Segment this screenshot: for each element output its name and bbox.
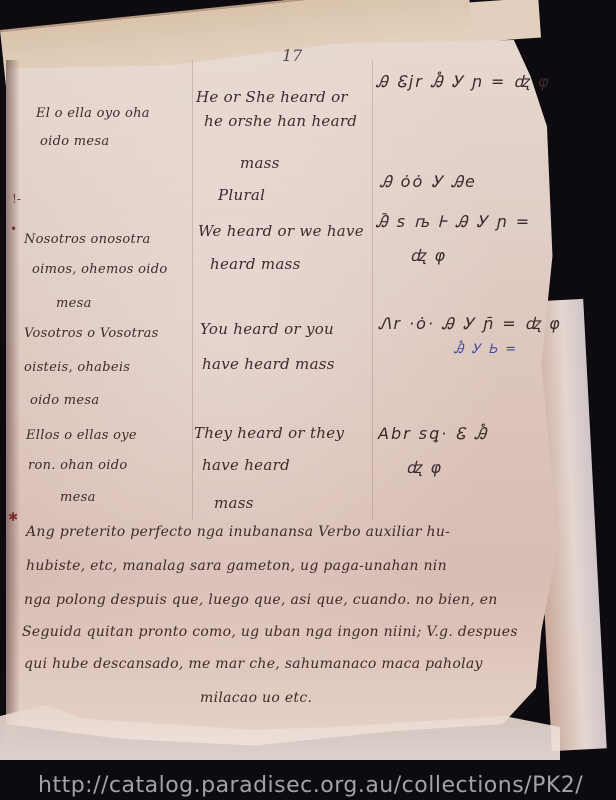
script-line: Ꭿ ȯȯ Ꭹ Ꭿe [380,172,477,192]
english-line: He or She heard or [196,88,348,106]
collection-url-watermark: http://catalog.paradisec.org.au/collecti… [38,773,583,798]
paragraph-line: hubiste, etc, manalag sara gameton, ug p… [26,558,447,574]
spanish-line: oimos, ohemos oido [32,262,167,277]
margin-mark: ✱ [8,510,18,524]
script-line: Ꮑr ·ȯ· Ꭿ Ꭹ ɲ̄ = ꭦ φ [378,312,562,334]
spanish-line: Ellos o ellas oye [26,428,137,443]
column-rule [372,60,373,520]
column-rule [192,60,193,520]
paragraph-line: Ang preterito perfecto nga inubanansa Ve… [26,524,450,540]
script-line: Abr sꝗ· Ꮛ Ꭿ̊ [378,424,488,444]
english-line: They heard or they [194,424,344,442]
script-line: Ꭿ̄ ꜱ ꭠ Ꮀ Ꭿ Ꭹ ɲ = [376,210,531,232]
english-line: heard mass [210,255,301,273]
english-line: mass [240,154,280,172]
spanish-line: mesa [60,490,96,505]
margin-mark: !- [12,192,21,206]
margin-mark: • [10,222,17,236]
blue-ink-annotation: Ꭿ̊ Ꭹ Ꮟ = [454,342,518,357]
script-line: Ꭿ Ꮛjr Ꭿ̊ Ꭹ ɲ = ꭦ φ [376,70,551,92]
spanish-line: mesa [56,296,92,311]
english-line: We heard or we have [198,222,364,240]
paragraph-line: milacao uo etc. [200,690,312,706]
english-line: have heard [202,456,290,474]
script-line: ꭦ φ [410,244,447,266]
plural-heading: Plural [218,186,265,204]
paragraph-line: Seguida quitan pronto como, ug uban nga … [22,624,518,640]
spanish-line: Vosotros o Vosotras [24,326,159,341]
english-line: he orshe han heard [204,112,357,130]
paragraph-line: qui hube descansado, me mar che, sahuman… [24,656,483,672]
spanish-line: El o ella oyo oha [36,106,150,121]
spanish-line: oido mesa [30,393,99,408]
page-number: 17 [282,46,302,65]
paragraph-line: nga polong despuis que, luego que, asi q… [24,592,498,608]
english-line: mass [214,494,254,512]
spanish-line: Nosotros onosotra [24,232,151,247]
english-line: have heard mass [202,355,335,373]
spanish-line: oisteis, ohabeis [24,360,130,375]
script-line: ꭦ φ [406,456,443,478]
english-line: You heard or you [200,320,334,338]
spanish-line: ron. ohan oido [28,458,127,473]
spanish-line: oido mesa [40,134,109,149]
binding-shadow [6,60,20,750]
